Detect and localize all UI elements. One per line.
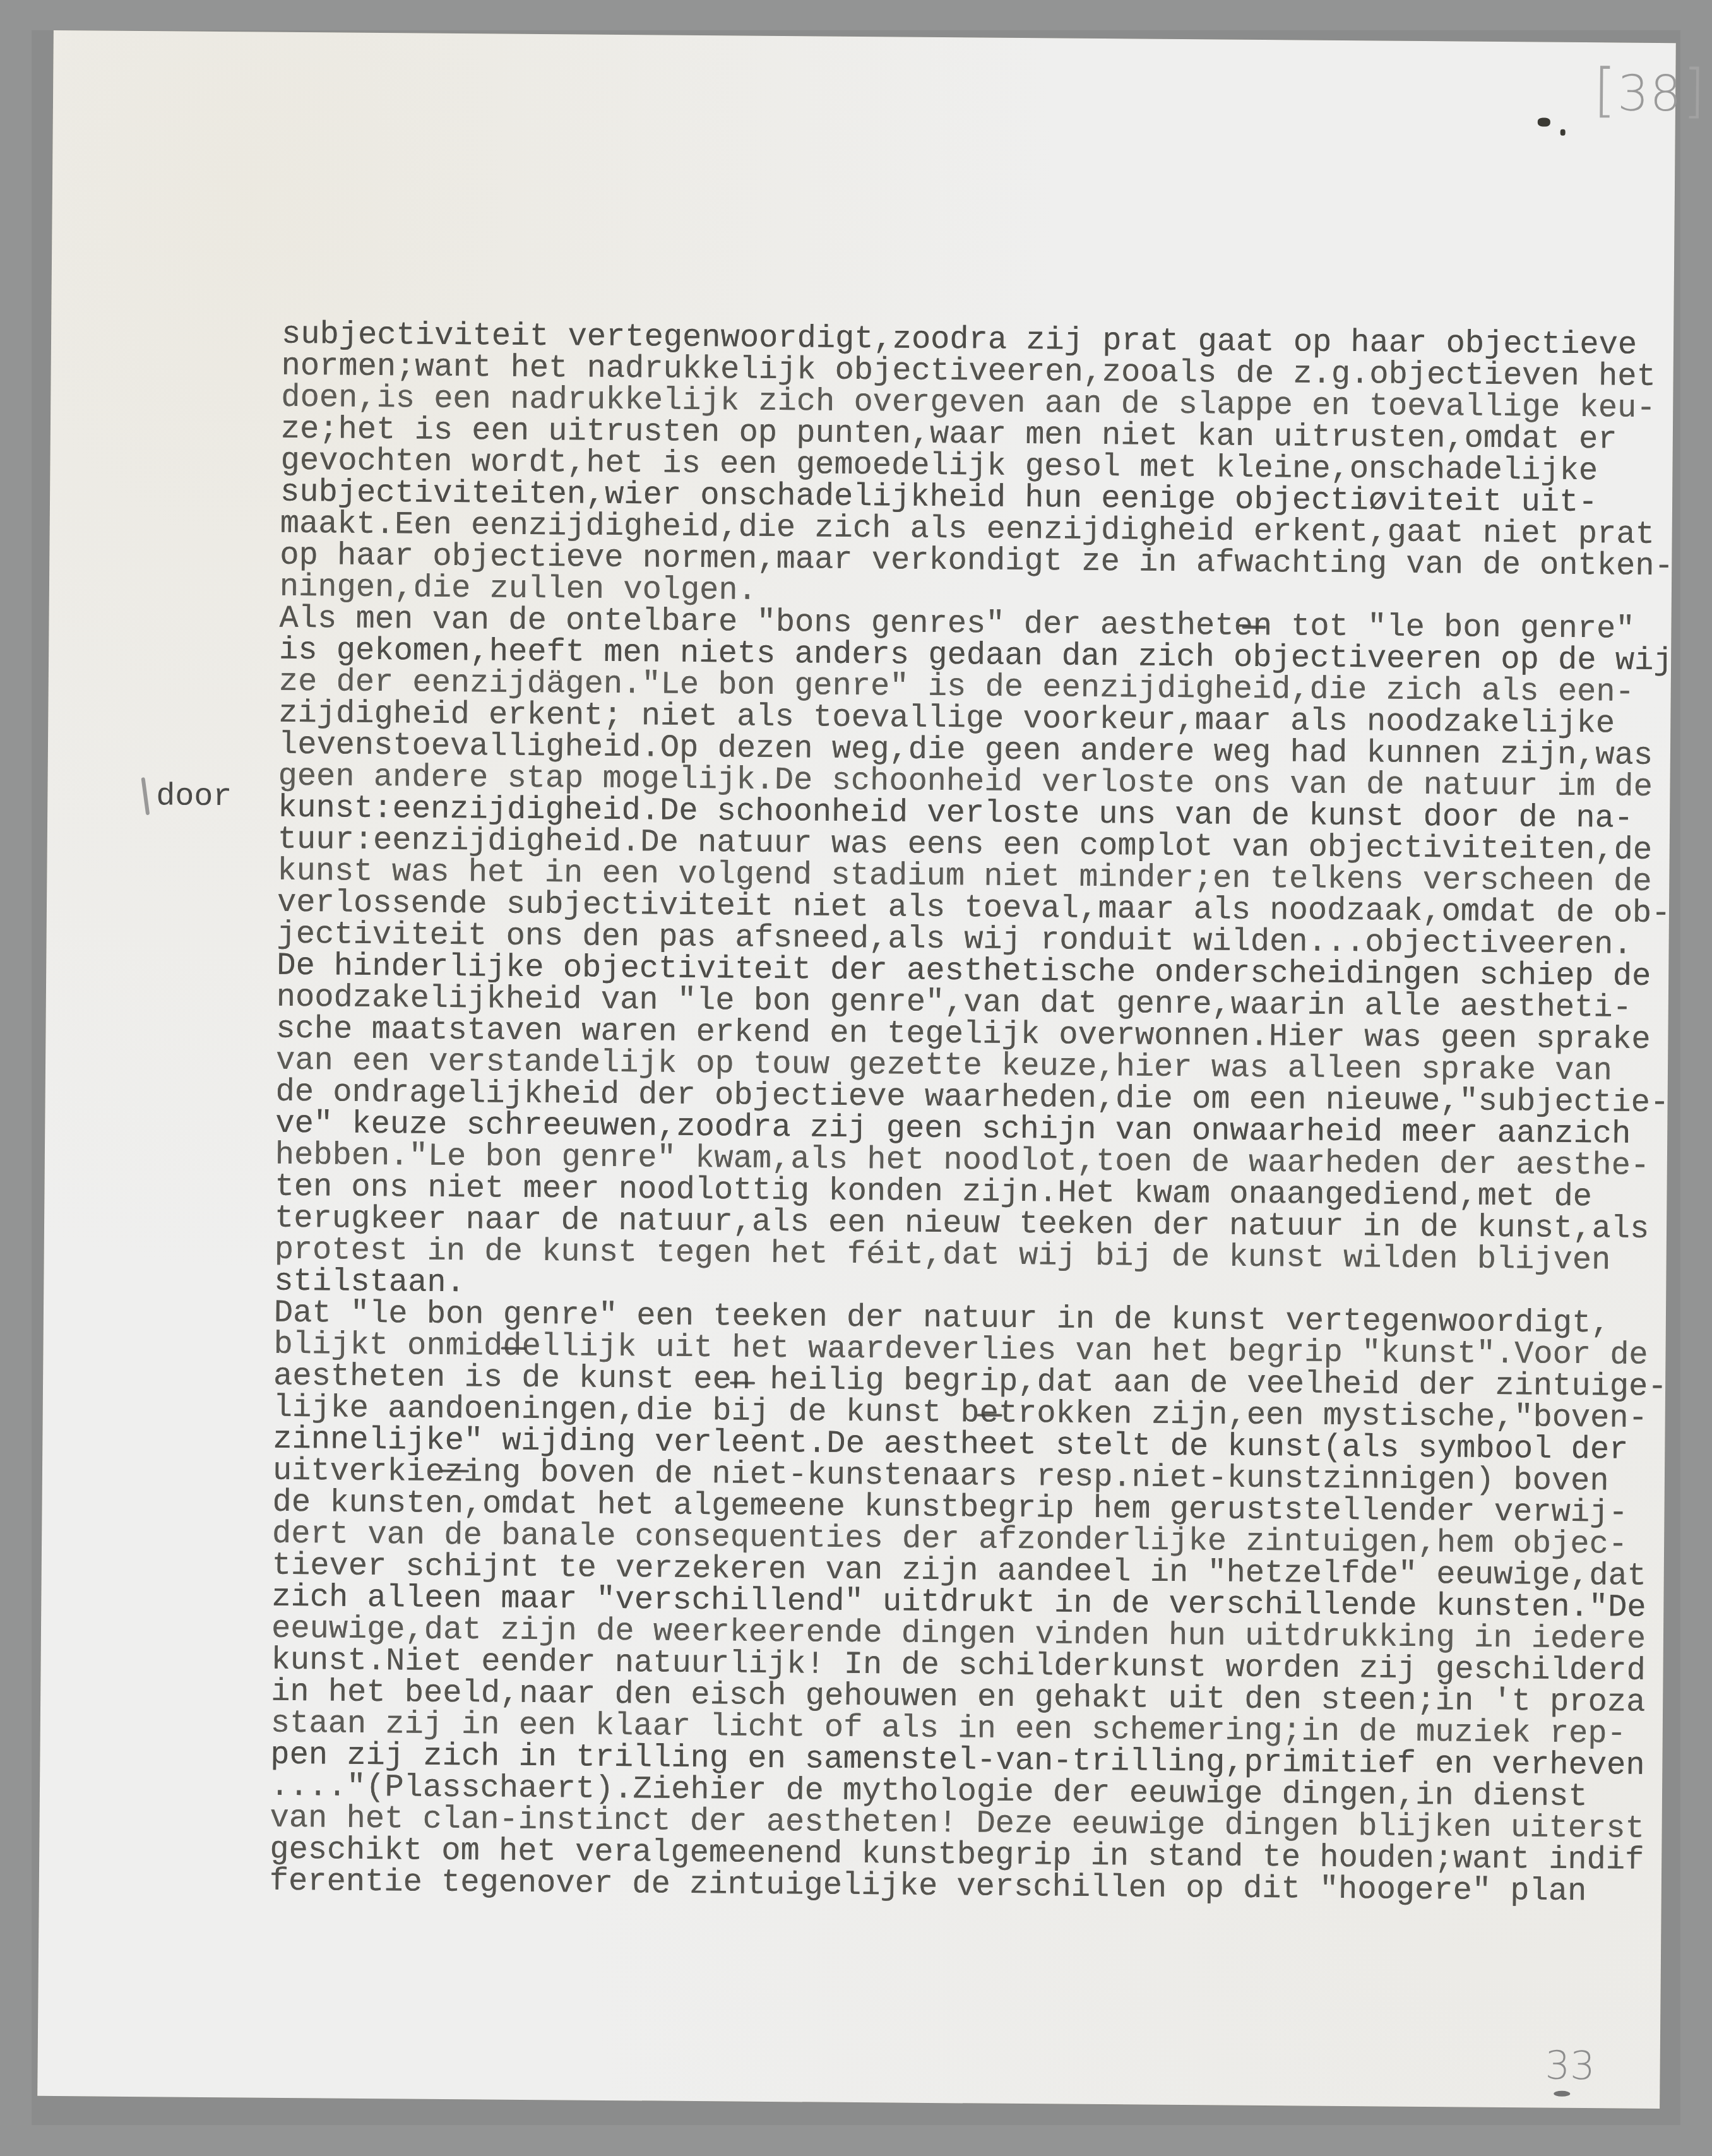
underline-de-3: [977, 1414, 1002, 1417]
page-number-underline: [1554, 2091, 1570, 2097]
underline-de-1: [501, 1347, 526, 1350]
underline-ten: [441, 1470, 469, 1472]
underline-de-2: [730, 1381, 755, 1384]
archive-number-annotation: [38]: [1593, 56, 1707, 124]
typescript-body: subjectiviteit vertegenwoordigt,zoodra z…: [270, 319, 1712, 1909]
archive-number-value: 38: [1617, 65, 1683, 122]
margin-note-text: door: [156, 778, 232, 815]
close-bracket: ]: [1682, 57, 1707, 124]
margin-note: door: [143, 777, 232, 816]
ink-speck: [1538, 117, 1550, 126]
typescript-page: [38] door subjectiviteit vertegenwoordig…: [37, 30, 1676, 2109]
ink-speck: [1560, 129, 1566, 136]
underline-le: [1242, 626, 1266, 629]
open-bracket: [: [1593, 56, 1618, 124]
page-number: 33: [1545, 2042, 1595, 2089]
